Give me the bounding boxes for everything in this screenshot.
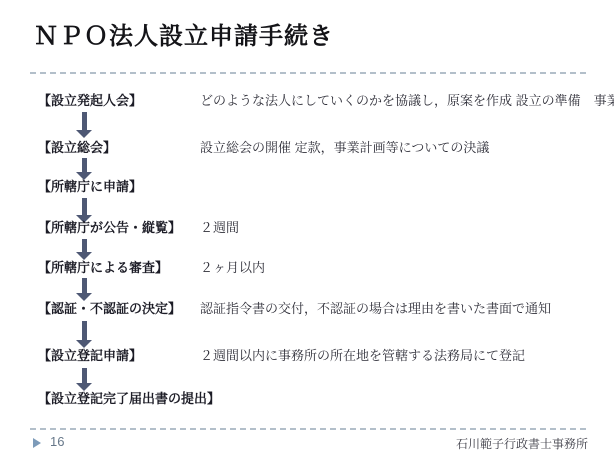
flow-step: 【設立総会】 設立総会の開催 定款，事業計画等についての決議: [38, 140, 598, 156]
down-arrow-icon: [76, 239, 92, 260]
down-arrow-icon: [76, 158, 92, 180]
step-label: 【設立総会】: [38, 140, 200, 156]
step-description-line: ２週間以内に事務所の所在地を管轄する法務局にて登記: [200, 348, 525, 363]
step-description-line: 設立総会の開催: [200, 140, 291, 155]
arrow-stem: [82, 278, 87, 293]
step-label: 【所轄庁が公告・縦覧】: [38, 220, 200, 236]
step-description-line: 設立の準備 事業計画，活動予算その他打ち合わせ: [516, 93, 614, 108]
flow-step: 【所轄庁による審査】 ２ヶ月以内: [38, 260, 598, 276]
down-arrow-icon: [76, 368, 92, 391]
arrow-stem: [82, 112, 87, 130]
step-description: ２週間以内に事務所の所在地を管轄する法務局にて登記: [200, 348, 525, 364]
footer-organization: 石川範子行政書士事務所: [456, 435, 588, 452]
step-description-line: どのような法人にしていくのかを協議し，原案を作成: [200, 93, 512, 108]
arrow-head: [76, 252, 92, 260]
arrow-stem: [82, 368, 87, 383]
down-arrow-icon: [76, 112, 92, 138]
flow-step: 【設立登記申請】 ２週間以内に事務所の所在地を管轄する法務局にて登記: [38, 348, 598, 364]
step-description: 設立総会の開催 定款，事業計画等についての決議: [200, 140, 489, 156]
step-description: どのような法人にしていくのかを協議し，原案を作成 設立の準備 事業計画，活動予算…: [200, 93, 614, 109]
arrow-stem: [82, 158, 87, 172]
step-description: 認証指令書の交付，不認証の場合は理由を書いた書面で通知: [200, 301, 551, 317]
step-description: ２週間: [200, 220, 239, 236]
flow-step: 【設立発起人会】 どのような法人にしていくのかを協議し，原案を作成 設立の準備 …: [38, 93, 598, 109]
step-label: 【設立登記申請】: [38, 348, 200, 364]
step-description-line: ２週間: [200, 220, 239, 235]
step-label: 【所轄庁に申請】: [38, 179, 200, 195]
step-label: 【認証・不認証の決定】: [38, 301, 200, 317]
flow-step: 【所轄庁に申請】: [38, 179, 598, 195]
page-number: 16: [50, 434, 64, 449]
step-label: 【所轄庁による審査】: [38, 260, 200, 276]
arrow-head: [76, 340, 92, 348]
arrow-stem: [82, 198, 87, 215]
down-arrow-icon: [76, 321, 92, 348]
step-description: ２ヶ月以内: [200, 260, 265, 276]
arrow-head: [76, 383, 92, 391]
step-description-line: ２ヶ月以内: [200, 260, 265, 275]
arrow-stem: [82, 321, 87, 340]
step-label: 【設立発起人会】: [38, 93, 200, 109]
flow-step: 【設立登記完了届出書の提出】: [38, 391, 598, 407]
title-divider: [30, 72, 586, 74]
step-description-line: 定款，事業計画等についての決議: [295, 140, 490, 155]
down-arrow-icon: [76, 278, 92, 301]
arrow-head: [76, 293, 92, 301]
step-label: 【設立登記完了届出書の提出】: [38, 391, 220, 407]
arrow-stem: [82, 239, 87, 252]
flow-step: 【認証・不認証の決定】 認証指令書の交付，不認証の場合は理由を書いた書面で通知: [38, 301, 598, 317]
step-description-line: 認証指令書の交付，不認証の場合は理由を書いた書面で通知: [200, 301, 551, 316]
flow-step: 【所轄庁が公告・縦覧】 ２週間: [38, 220, 598, 236]
footer-divider: [30, 428, 586, 430]
slide: ＮＰＯ法人設立申請手続き 【設立発起人会】 どのような法人にしていくのかを協議し…: [0, 0, 614, 463]
slide-title: ＮＰＯ法人設立申請手続き: [34, 16, 334, 51]
arrow-head: [76, 130, 92, 138]
footer-triangle-icon: [33, 438, 41, 448]
